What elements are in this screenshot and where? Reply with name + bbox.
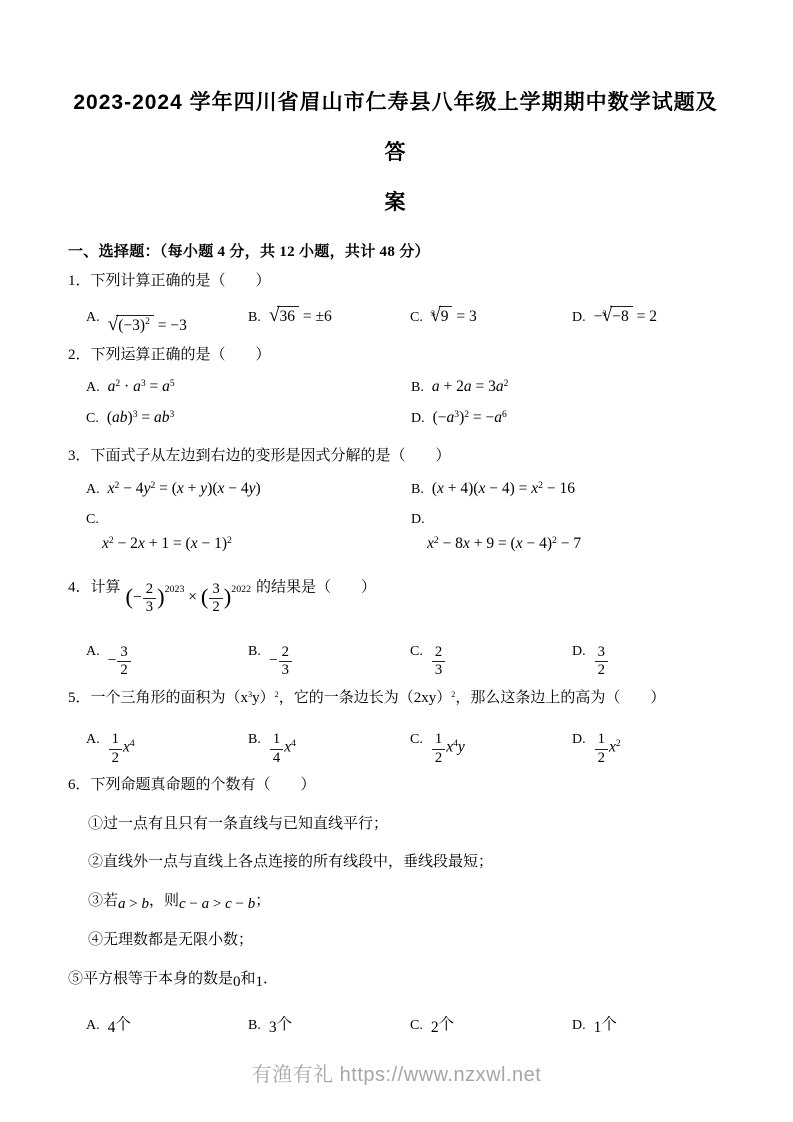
question-6-option-a: A.4个 [86, 1012, 248, 1034]
option-formula: 2个 [431, 1016, 454, 1036]
question-3: 3．下面式子从左边到右边的变形是因式分解的是（ ） A.x2 − 4y2 = (… [68, 445, 723, 553]
option-formula: x2 − 2x + 1 = (x − 1)2 [102, 535, 411, 553]
question-3-stem: 3．下面式子从左边到右边的变形是因式分解的是（ ） [68, 445, 723, 468]
option-formula: x2 − 4y2 = (x + y)(x − 4y) [108, 480, 261, 497]
option-label: B. [248, 310, 261, 325]
question-5-option-d: D.12x2 [572, 722, 723, 756]
option-formula: 23 [431, 642, 446, 659]
question-1-stem: 1．下列计算正确的是（ ） [68, 270, 723, 293]
question-6-options: A.4个 B.3个 C.2个 D.1个 [68, 1012, 723, 1034]
question-3-options-row2: C.x2 − 2x + 1 = (x − 1)2 D.x2 − 8x + 9 =… [68, 511, 723, 553]
option-formula: 32 [594, 642, 609, 659]
option-formula: a + 2a = 3a2 [432, 378, 509, 395]
option-label: A. [86, 482, 100, 497]
option-formula: 12x2 [594, 730, 621, 747]
option-label: B. [411, 482, 424, 497]
option-formula: 4个 [108, 1016, 131, 1036]
question-4-option-d: D.32 [572, 635, 723, 669]
option-label: A. [86, 644, 100, 659]
option-label: D. [572, 732, 586, 747]
question-4-options: A.−32 B.−23 C.23 D.32 [68, 635, 723, 669]
question-1-option-c: C.3√9 = 3 [410, 306, 572, 326]
footer-link[interactable]: 有渔有礼 https://www.nzxwl.net [252, 1064, 542, 1086]
question-1: 1．下列计算正确的是（ ） A.√(−3)2 = −3 B.√36 = ±6 C… [68, 270, 723, 326]
question-6-stem: 6．下列命题真命题的个数有（ ） [68, 774, 723, 797]
option-formula: −23 [269, 642, 293, 659]
option-label: D. [572, 644, 586, 659]
question-2-options-row1: A.a2 · a3 = a5 B.a + 2a = 3a2 [68, 378, 723, 396]
question-4-option-a: A.−32 [86, 635, 248, 669]
question-6-option-b: B.3个 [248, 1012, 410, 1034]
option-formula: 12x4y [431, 730, 465, 747]
question-3-option-d: D.x2 − 8x + 9 = (x − 4)2 − 7 [411, 511, 723, 553]
question-4-option-b: B.−23 [248, 635, 410, 669]
question-4: 4．计算(−23)2023 × (32)2022的结果是（ ） A.−32 B.… [68, 571, 723, 669]
option-label: B. [248, 1018, 261, 1033]
question-1-option-b: B.√36 = ±6 [248, 306, 410, 326]
question-4-stem-prefix: 4．计算 [68, 579, 121, 595]
question-6: 6．下列命题真命题的个数有（ ） ①过一点有且只有一条直线与已知直线平行； ②直… [68, 774, 723, 1034]
question-3-option-a: A.x2 − 4y2 = (x + y)(x − 4y) [86, 480, 411, 498]
question-6-item-5: ⑤平方根等于本身的数是0和1． [68, 969, 723, 991]
option-label: C. [410, 732, 423, 747]
option-label: D. [572, 310, 586, 325]
option-label: D. [411, 512, 425, 527]
option-label: A. [86, 1018, 100, 1033]
question-3-option-b: B.(x + 4)(x − 4) = x2 − 16 [411, 480, 723, 498]
option-formula: (ab)3 = ab3 [107, 409, 174, 426]
option-formula: 3个 [269, 1016, 292, 1036]
question-2-option-c: C.(ab)3 = ab3 [86, 409, 411, 427]
option-label: C. [86, 512, 99, 527]
question-5-option-c: C.12x4y [410, 722, 572, 756]
option-formula: −3√−8 = 2 [594, 308, 657, 325]
option-label: C. [410, 310, 423, 325]
question-2-options-row2: C.(ab)3 = ab3 D.(−a3)2 = −a6 [68, 409, 723, 427]
option-label: B. [411, 380, 424, 395]
option-formula: 14x4 [269, 730, 296, 747]
option-formula: 3√9 = 3 [431, 308, 477, 325]
option-label: A. [86, 310, 100, 325]
option-formula: x2 − 8x + 9 = (x − 4)2 − 7 [427, 535, 723, 553]
question-2: 2．下列运算正确的是（ ） A.a2 · a3 = a5 B.a + 2a = … [68, 344, 723, 428]
page-title-line2: 案 [385, 191, 407, 214]
question-5-option-a: A.12x4 [86, 722, 248, 756]
question-4-stem: 4．计算(−23)2023 × (32)2022的结果是（ ） [68, 571, 723, 605]
question-6-item-2: ②直线外一点与直线上各点连接的所有线段中，垂线段最短； [68, 852, 723, 874]
question-5-stem: 5．一个三角形的面积为（x3y）2，它的一条边长为（2xy）2，那么这条边上的高… [68, 687, 723, 710]
option-label: D. [572, 1018, 586, 1033]
question-6-option-c: C.2个 [410, 1012, 572, 1034]
option-label: C. [86, 411, 99, 426]
question-1-option-a: A.√(−3)2 = −3 [86, 306, 248, 326]
option-formula: √36 = ±6 [269, 308, 332, 325]
option-formula: 1个 [594, 1016, 617, 1036]
exam-document-page: 2023-2024 学年四川省眉山市仁寿县八年级上学期期中数学试题及答案 一、选… [0, 0, 793, 1122]
question-6-item-1: ①过一点有且只有一条直线与已知直线平行； [68, 814, 723, 836]
section-heading: 一、选择题：（每小题 4 分，共 12 小题，共计 48 分） [68, 240, 723, 261]
question-5-option-b: B.14x4 [248, 722, 410, 756]
question-2-option-b: B.a + 2a = 3a2 [411, 378, 723, 396]
question-4-stem-suffix: 的结果是（ ） [256, 579, 376, 595]
question-1-option-d: D.−3√−8 = 2 [572, 306, 723, 326]
question-2-stem: 2．下列运算正确的是（ ） [68, 344, 723, 367]
option-label: D. [411, 411, 425, 426]
option-label: B. [248, 644, 261, 659]
question-3-option-c: C.x2 − 2x + 1 = (x − 1)2 [86, 511, 411, 553]
question-6-item-4: ④无理数都是无限小数； [68, 930, 723, 952]
page-title-line1: 2023-2024 学年四川省眉山市仁寿县八年级上学期期中数学试题及答 [73, 91, 717, 164]
option-formula: (−a3)2 = −a6 [433, 409, 507, 426]
question-4-stem-formula: (−23)2023 × (32)2022 [126, 581, 252, 615]
footer: 有渔有礼 https://www.nzxwl.net [0, 1058, 793, 1087]
question-5: 5．一个三角形的面积为（x3y）2，它的一条边长为（2xy）2，那么这条边上的高… [68, 687, 723, 756]
option-label: C. [410, 644, 423, 659]
question-1-options: A.√(−3)2 = −3 B.√36 = ±6 C.3√9 = 3 D.−3√… [68, 306, 723, 326]
option-formula: −32 [108, 642, 132, 659]
option-formula: √(−3)2 = −3 [108, 308, 187, 325]
option-label: B. [248, 732, 261, 747]
option-label: A. [86, 732, 100, 747]
document-content: 2023-2024 学年四川省眉山市仁寿县八年级上学期期中数学试题及答案 一、选… [0, 0, 793, 1034]
page-title: 2023-2024 学年四川省眉山市仁寿县八年级上学期期中数学试题及答案 [68, 78, 723, 228]
option-formula: 12x4 [108, 730, 135, 747]
option-formula: (x + 4)(x − 4) = x2 − 16 [432, 480, 575, 497]
option-label: A. [86, 380, 100, 395]
option-label: C. [410, 1018, 423, 1033]
question-5-options: A.12x4 B.14x4 C.12x4y D.12x2 [68, 722, 723, 756]
question-2-option-a: A.a2 · a3 = a5 [86, 378, 411, 396]
option-formula: a2 · a3 = a5 [108, 378, 175, 395]
question-3-options-row1: A.x2 − 4y2 = (x + y)(x − 4y) B.(x + 4)(x… [68, 480, 723, 498]
question-6-option-d: D.1个 [572, 1012, 723, 1034]
question-4-option-c: C.23 [410, 635, 572, 669]
question-2-option-d: D.(−a3)2 = −a6 [411, 409, 723, 427]
question-6-item-3: ③若a > b，则c − a > c − b； [68, 891, 723, 913]
